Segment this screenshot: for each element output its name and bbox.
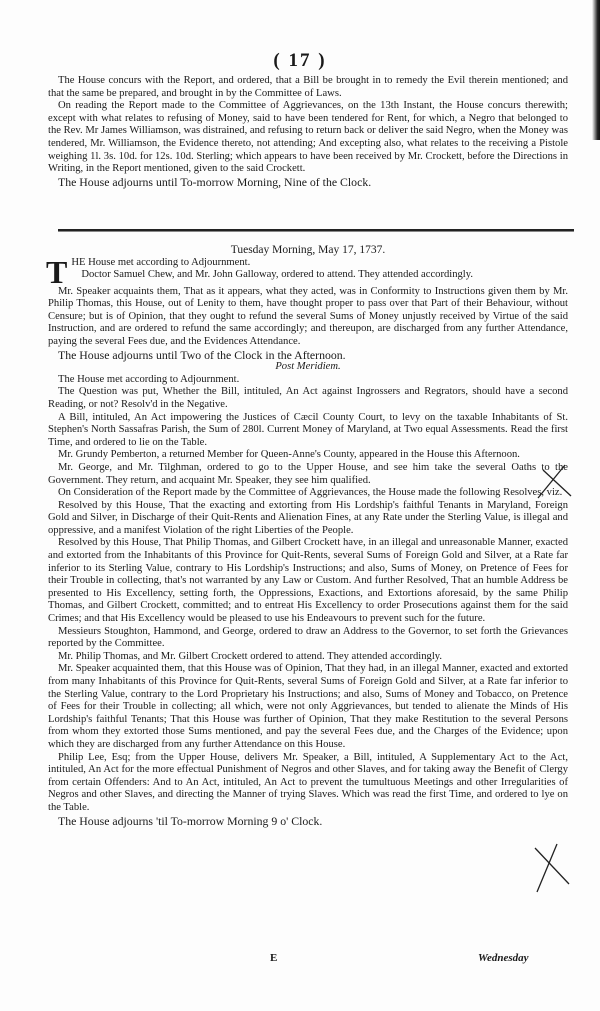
handwritten-x-mark-icon	[533, 462, 573, 502]
paragraph: Mr. Philip Thomas, and Mr. Gilbert Crock…	[48, 651, 568, 664]
page-number: ( 17 )	[0, 50, 600, 72]
paragraph: Philip Lee, Esq; from the Upper House, d…	[48, 752, 568, 815]
paragraph: On Consideration of the Report made by t…	[48, 487, 568, 500]
catchword: Wednesday	[478, 952, 529, 964]
adjournment-line: The House adjourns until Two of the Cloc…	[48, 349, 568, 362]
opening-block: T HE House met according to Adjournment.…	[48, 257, 568, 282]
section-previous-day: The House concurs with the Report, and o…	[48, 75, 568, 188]
signature-mark: E	[270, 952, 277, 964]
paragraph: Mr. Speaker acquainted them, that this H…	[48, 663, 568, 751]
section-tuesday: Tuesday Morning, May 17, 1737. T HE Hous…	[48, 244, 568, 827]
drop-cap: T	[46, 258, 67, 286]
paragraph: Mr. Speaker acquaints them, That as it a…	[48, 286, 568, 349]
post-meridiem-heading: Post Meridiem.	[48, 361, 568, 374]
paragraph: Messieurs Stoughton, Hammond, and George…	[48, 626, 568, 651]
paragraph: The House concurs with the Report, and o…	[48, 75, 568, 100]
paragraph: On reading the Report made to the Commit…	[48, 100, 568, 176]
paragraph: Mr. Grundy Pemberton, a returned Member …	[48, 449, 568, 462]
paragraph: The Question was put, Whether the Bill, …	[48, 386, 568, 411]
handwritten-x-mark-icon	[533, 842, 573, 897]
section-divider	[58, 229, 574, 231]
date-heading: Tuesday Morning, May 17, 1737.	[48, 244, 568, 257]
paragraph: Mr. George, and Mr. Tilghman, ordered to…	[48, 462, 568, 487]
paragraph: Resolved by this House, That the exactin…	[48, 500, 568, 538]
paragraph: A Bill, intituled, An Act impowering the…	[48, 412, 568, 450]
paragraph: Doctor Samuel Chew, and Mr. John Gallowa…	[48, 269, 568, 282]
paragraph: HE House met according to Adjournment.	[48, 257, 568, 270]
paragraph: The House met according to Adjournment.	[48, 374, 568, 387]
adjournment-line: The House adjourns until To-morrow Morni…	[48, 176, 568, 189]
paragraph: Resolved by this House, That Philip Thom…	[48, 537, 568, 625]
adjournment-line: The House adjourns 'til To-morrow Mornin…	[48, 815, 568, 828]
